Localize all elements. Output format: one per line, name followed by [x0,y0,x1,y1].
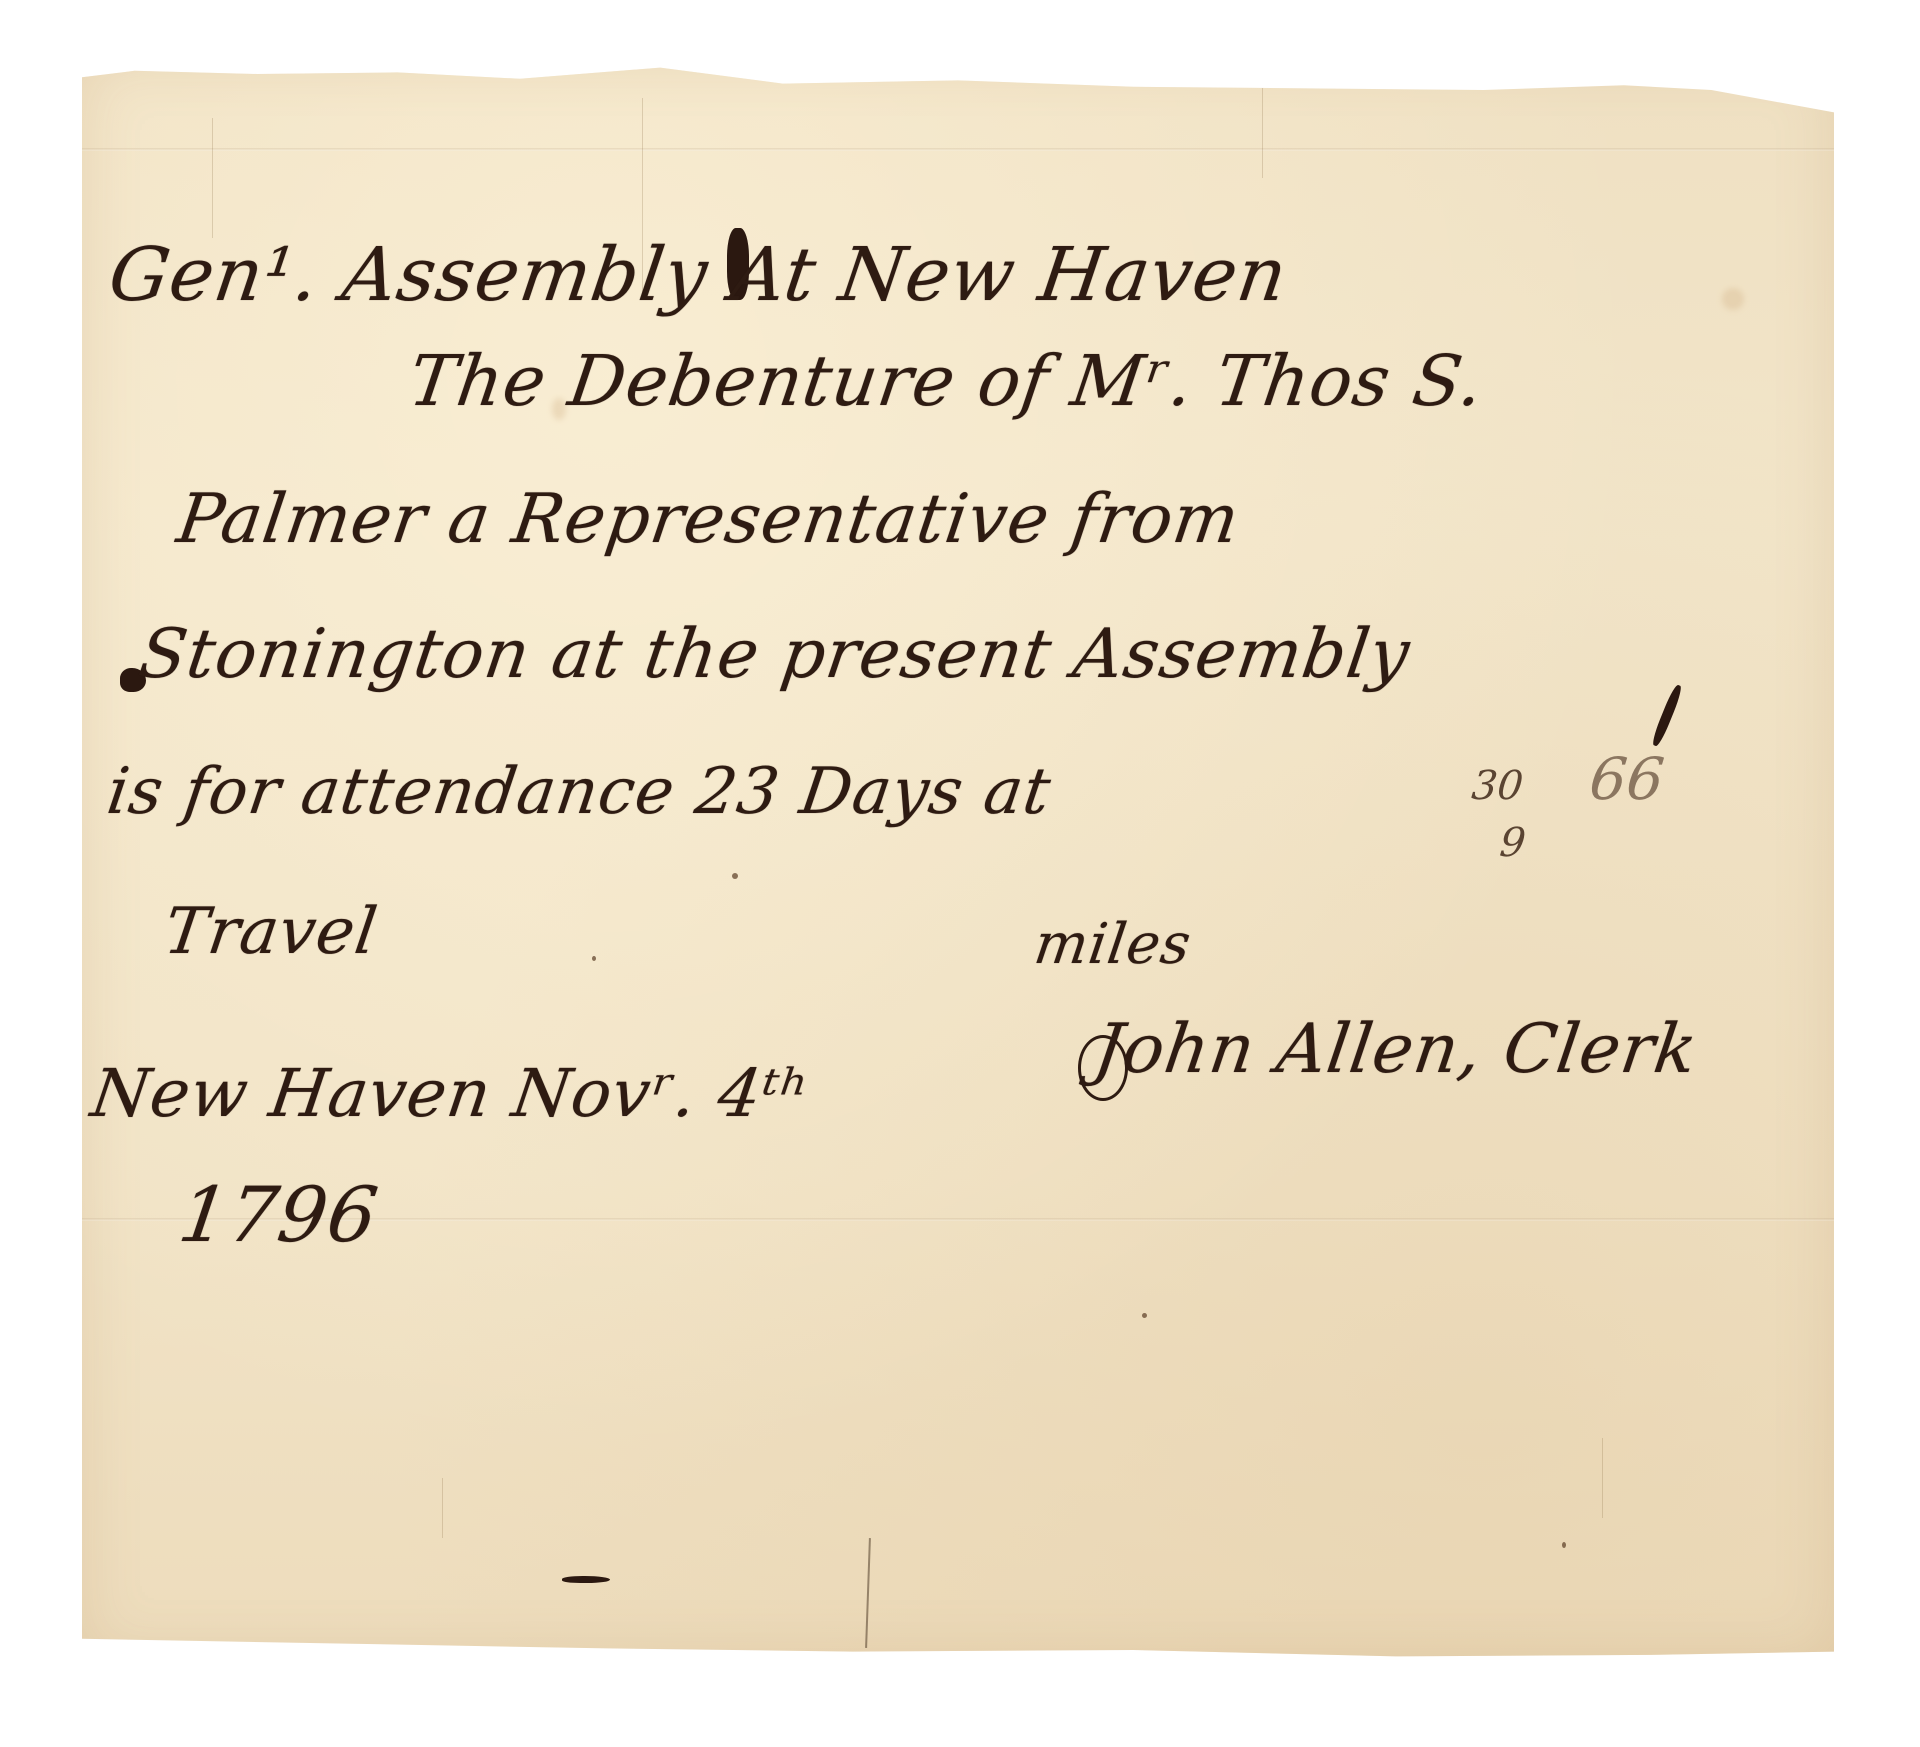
ink-stroke [1650,683,1684,747]
amount-figure-bottom: 9 [1498,820,1528,866]
travel-line: Travel [160,895,382,969]
paper-fiber [442,1478,443,1538]
heading-line: Gen¹. Assembly At New Haven [104,232,1293,318]
clerk-signature: John Allen, Clerk [1089,1010,1702,1089]
pencil-note: 66 [1586,745,1667,813]
ink-speck [592,956,596,961]
ink-speck [1562,1542,1566,1548]
year-line: 1796 [174,1170,384,1259]
place-date-line: New Haven Novʳ. 4ᵗʰ [87,1055,814,1132]
ink-mark [562,1576,610,1583]
debenture-line: The Debenture of Mʳ. Thos S. [404,340,1489,422]
miles-label: miles [1030,912,1195,977]
ink-speck [732,873,738,879]
attendance-line: is for attendance 23 Days at [103,755,1056,829]
paper-fiber [212,118,213,238]
paper-fiber [1262,88,1263,178]
representative-line: Palmer a Representative from [172,480,1244,559]
paper-stain [1722,288,1744,310]
paper-fiber [1602,1438,1603,1518]
amount-figure-top: 30 [1470,763,1526,809]
paper-crease [865,1538,871,1648]
town-line: Stonington at the present Assembly [134,615,1414,694]
fold-line-top [82,148,1834,151]
ink-speck [1142,1313,1147,1318]
